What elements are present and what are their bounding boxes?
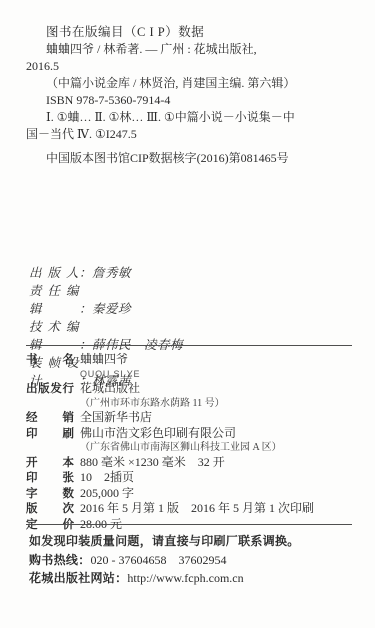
colon: ： <box>79 266 92 280</box>
colophon-row-format: 开本 880 毫米 ×1230 毫米 32 开 <box>26 455 352 471</box>
row-label: 经销 <box>26 411 74 426</box>
cip-series-line: （中篇小说金库 / 林贤治, 肖建国主编. 第六辑） <box>26 75 352 92</box>
colophon-row-printer: 印刷 佛山市浩文彩色印刷有限公司 <box>26 426 352 442</box>
divider-bottom <box>26 524 352 525</box>
row-value: 2016 年 5 月第 1 版 2016 年 5 月第 1 次印刷 <box>80 501 314 516</box>
printer-address: （广东省佛山市南海区狮山科技工业园 A 区） <box>80 441 352 455</box>
classification-line-1: Ⅰ. ①蛐… Ⅱ. ①林… Ⅲ. ①中篇小说－小说集－中 <box>26 109 352 126</box>
colophon-row-word-count: 字数 205,000 字 <box>26 486 352 502</box>
row-value: 全国新华书店 <box>80 410 152 425</box>
colophon-row-sheets: 印张 10 2插页 <box>26 470 352 486</box>
cip-block: 图书在版编目（C I P）数据 蛐蛐四爷 / 林希著. — 广州 : 花城出版社… <box>26 24 352 167</box>
row-value: 花城出版社 <box>80 381 140 396</box>
publisher-address: （广州市环市东路水荫路 11 号） <box>80 397 352 411</box>
row-label: 书名 <box>26 353 74 368</box>
row-label: 出版发行 <box>26 382 74 397</box>
title-pinyin: QUQU SI YE <box>80 368 352 382</box>
staff-row-publisher: 出版人：詹秀敏 <box>29 264 183 282</box>
row-value: 蛐蛐四爷 <box>80 352 128 367</box>
row-label: 印张 <box>26 471 74 486</box>
row-label: 印刷 <box>26 427 74 442</box>
staff-row-responsible-editor: 责任编辑：秦爱珍 <box>29 282 183 318</box>
divider-top <box>26 345 352 346</box>
hotline-numbers: 020 - 37604658 37602954 <box>91 553 227 567</box>
cip-title-line-continuation: 2016.5 <box>26 58 352 75</box>
cip-title-line: 蛐蛐四爷 / 林希著. — 广州 : 花城出版社, <box>26 41 352 58</box>
row-value: 10 2插页 <box>80 470 134 485</box>
row-value: 880 毫米 ×1230 毫米 32 开 <box>80 455 225 470</box>
colophon-row-title: 书名 蛐蛐四爷 <box>26 352 352 368</box>
row-label: 字数 <box>26 487 74 502</box>
staff-label: 技术编辑 <box>29 318 79 354</box>
staff-value: 詹秀敏 <box>92 266 131 280</box>
cip-record-number: 中国版本图书馆CIP数据核字(2016)第081465号 <box>26 150 352 167</box>
website-line: 花城出版社网站：http://www.fcph.com.cn <box>29 569 352 588</box>
colophon-row-distribution: 经销 全国新华书店 <box>26 410 352 426</box>
colophon-page: 图书在版编目（C I P）数据 蛐蛐四爷 / 林希著. — 广州 : 花城出版社… <box>0 0 375 628</box>
row-value: 佛山市浩文彩色印刷有限公司 <box>80 426 236 441</box>
hotline-line: 购书热线：020 - 37604658 37602954 <box>29 551 352 570</box>
row-label: 版次 <box>26 502 74 517</box>
hotline-label: 购书热线： <box>29 553 91 567</box>
colophon-details: 书名 蛐蛐四爷 QUQU SI YE 出版发行 花城出版社 （广州市环市东路水荫… <box>26 352 352 532</box>
colon: ： <box>79 302 92 316</box>
staff-label: 责任编辑 <box>29 282 79 318</box>
staff-label: 出版人 <box>29 264 79 282</box>
website-url: http://www.fcph.com.cn <box>127 571 243 585</box>
website-label: 花城出版社网站： <box>29 571 127 585</box>
row-label: 开本 <box>26 456 74 471</box>
staff-value: 秦爱珍 <box>92 302 131 316</box>
quality-notice: 如发现印装质量问题，请直接与印刷厂联系调换。 <box>29 532 352 551</box>
footer-block: 如发现印装质量问题，请直接与印刷厂联系调换。 购书热线：020 - 376046… <box>29 532 352 588</box>
colophon-row-edition: 版次 2016 年 5 月第 1 版 2016 年 5 月第 1 次印刷 <box>26 501 352 517</box>
row-value: 205,000 字 <box>80 486 134 501</box>
staff-row-technical-editor: 技术编辑：薛伟民 凌春梅 <box>29 318 183 354</box>
classification-line-2: 国－当代 Ⅳ. ①I247.5 <box>26 126 352 143</box>
colophon-row-publisher: 出版发行 花城出版社 <box>26 381 352 397</box>
cip-heading: 图书在版编目（C I P）数据 <box>26 24 352 41</box>
isbn-line: ISBN 978-7-5360-7914-4 <box>26 92 352 109</box>
